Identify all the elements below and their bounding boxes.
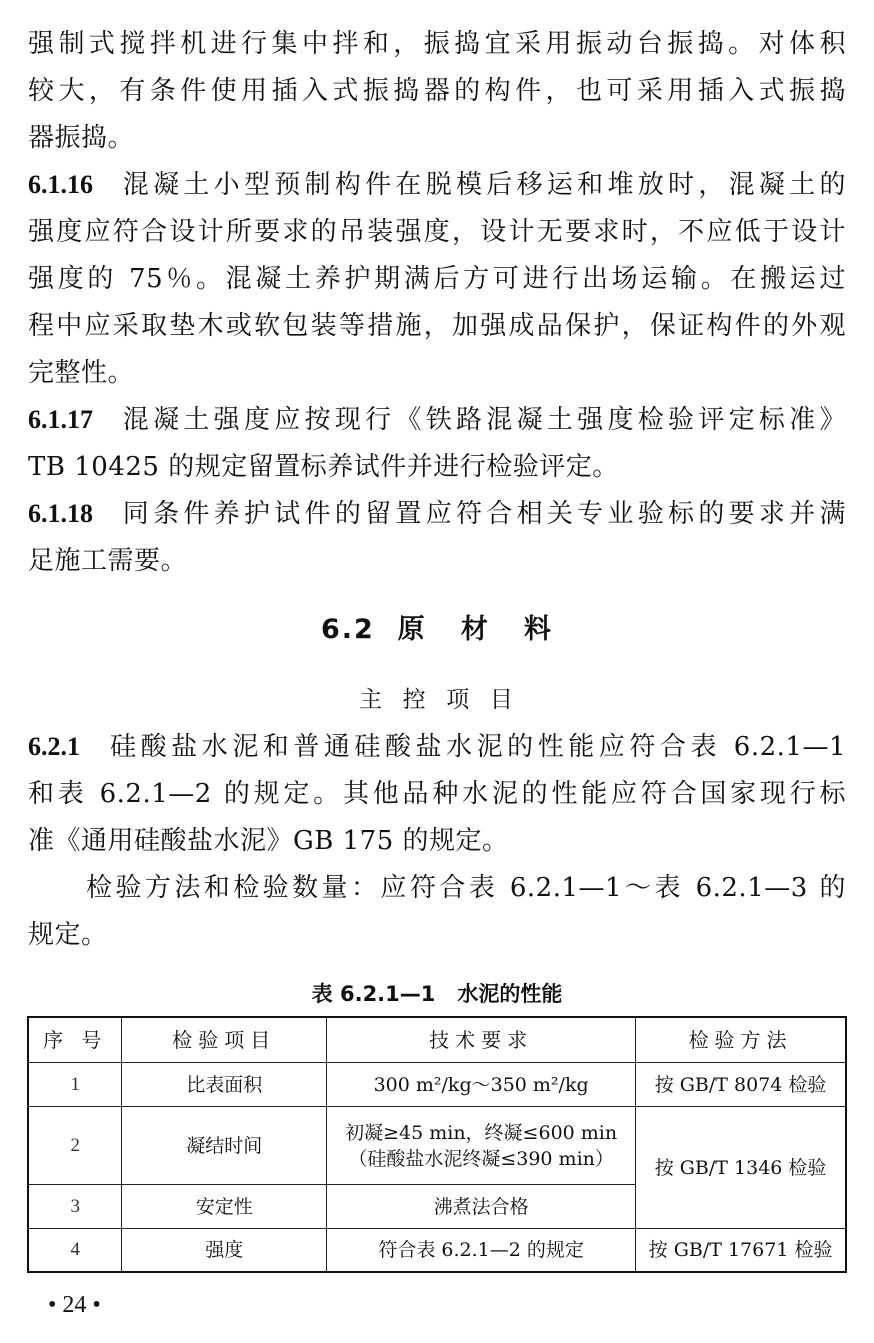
section-title: 6.2 原 材 料 (0, 613, 874, 647)
clause-number: 6.1.16 (28, 170, 93, 199)
cell-requirement: 初凝≥45 min，终凝≤600 min （硅酸盐水泥终凝≤390 min） (327, 1107, 636, 1185)
header-method: 检验方法 (636, 1017, 846, 1063)
cell-item: 安定性 (122, 1185, 327, 1229)
clause-number: 6.1.18 (28, 499, 93, 528)
cement-properties-table: 序 号 检验项目 技术要求 检验方法 1 比表面积 300 m²/kg～350 … (27, 1016, 847, 1273)
paragraph-line: 完整性。 (28, 357, 846, 389)
paragraph-line: 强度的 75％。混凝土养护期满后方可进行出场运输。在搬运过 (28, 263, 846, 295)
clause-text: 混凝土小型预制构件在脱模后移运和堆放时，混凝土的 (119, 170, 846, 200)
cell-no: 2 (28, 1107, 122, 1185)
table-row: 2 凝结时间 初凝≥45 min，终凝≤600 min （硅酸盐水泥终凝≤390… (28, 1107, 846, 1185)
header-requirement: 技术要求 (327, 1017, 636, 1063)
paragraph-line: 和表 6.2.1—2 的规定。其他品种水泥的性能应符合国家现行标 (28, 778, 846, 810)
requirement-line: 初凝≥45 min，终凝≤600 min (327, 1120, 635, 1146)
cell-method: 按 GB/T 8074 检验 (636, 1063, 846, 1107)
clause-number: 6.1.17 (28, 405, 93, 434)
paragraph-line: 规定。 (28, 919, 846, 951)
paragraph-line: 强度应符合设计所要求的吊装强度，设计无要求时，不应低于设计 (28, 216, 846, 248)
requirement-line: （硅酸盐水泥终凝≤390 min） (327, 1146, 635, 1172)
header-item: 检验项目 (122, 1017, 327, 1063)
cell-method: 按 GB/T 17671 检验 (636, 1229, 846, 1273)
cell-item: 凝结时间 (122, 1107, 327, 1185)
clause-text: 硅酸盐水泥和普通硅酸盐水泥的性能应符合表 6.2.1—1 (106, 732, 846, 762)
paragraph-line: TB 10425 的规定留置标养试件并进行检验评定。 (28, 451, 846, 483)
paragraph-line: 强制式搅拌机进行集中拌和，振捣宜采用振动台振捣。对体积 (28, 28, 846, 60)
cell-item: 比表面积 (122, 1063, 327, 1107)
paragraph-line: 准《通用硅酸盐水泥》GB 175 的规定。 (28, 825, 846, 857)
clause-6-1-16: 6.1.16混凝土小型预制构件在脱模后移运和堆放时，混凝土的 (28, 169, 846, 201)
inspection-method-line: 检验方法和检验数量：应符合表 6.2.1—1～表 6.2.1—3 的 (28, 872, 846, 904)
table-header-row: 序 号 检验项目 技术要求 检验方法 (28, 1017, 846, 1063)
page-number: • 24 • (48, 1290, 101, 1320)
clause-text: 同条件养护试件的留置应符合相关专业验标的要求并满 (119, 499, 846, 529)
cell-no: 3 (28, 1185, 122, 1229)
section-subtitle: 主 控 项 目 (0, 685, 874, 715)
table-row: 4 强度 符合表 6.2.1—2 的规定 按 GB/T 17671 检验 (28, 1229, 846, 1273)
paragraph-line: 程中应采取垫木或软包装等措施，加强成品保护，保证构件的外观 (28, 310, 846, 342)
document-page: 强制式搅拌机进行集中拌和，振捣宜采用振动台振捣。对体积 较大，有条件使用插入式振… (0, 0, 874, 1343)
clause-6-1-18: 6.1.18同条件养护试件的留置应符合相关专业验标的要求并满 (28, 498, 846, 530)
table-caption: 表 6.2.1—1 水泥的性能 (0, 980, 874, 1008)
clause-text: 混凝土强度应按现行《铁路混凝土强度检验评定标准》 (119, 405, 846, 435)
cell-method: 按 GB/T 1346 检验 (636, 1107, 846, 1229)
cell-no: 4 (28, 1229, 122, 1273)
header-no: 序 号 (28, 1017, 122, 1063)
cell-requirement: 沸煮法合格 (327, 1185, 636, 1229)
table-row: 1 比表面积 300 m²/kg～350 m²/kg 按 GB/T 8074 检… (28, 1063, 846, 1107)
paragraph-line: 较大，有条件使用插入式振捣器的构件，也可采用插入式振捣 (28, 75, 846, 107)
cell-item: 强度 (122, 1229, 327, 1273)
cell-requirement: 300 m²/kg～350 m²/kg (327, 1063, 636, 1107)
paragraph-line: 器振捣。 (28, 122, 846, 154)
cell-no: 1 (28, 1063, 122, 1107)
clause-number: 6.2.1 (28, 732, 80, 761)
paragraph-line: 足施工需要。 (28, 545, 846, 577)
cell-requirement: 符合表 6.2.1—2 的规定 (327, 1229, 636, 1273)
clause-6-2-1: 6.2.1硅酸盐水泥和普通硅酸盐水泥的性能应符合表 6.2.1—1 (28, 731, 846, 763)
clause-6-1-17: 6.1.17混凝土强度应按现行《铁路混凝土强度检验评定标准》 (28, 404, 846, 436)
